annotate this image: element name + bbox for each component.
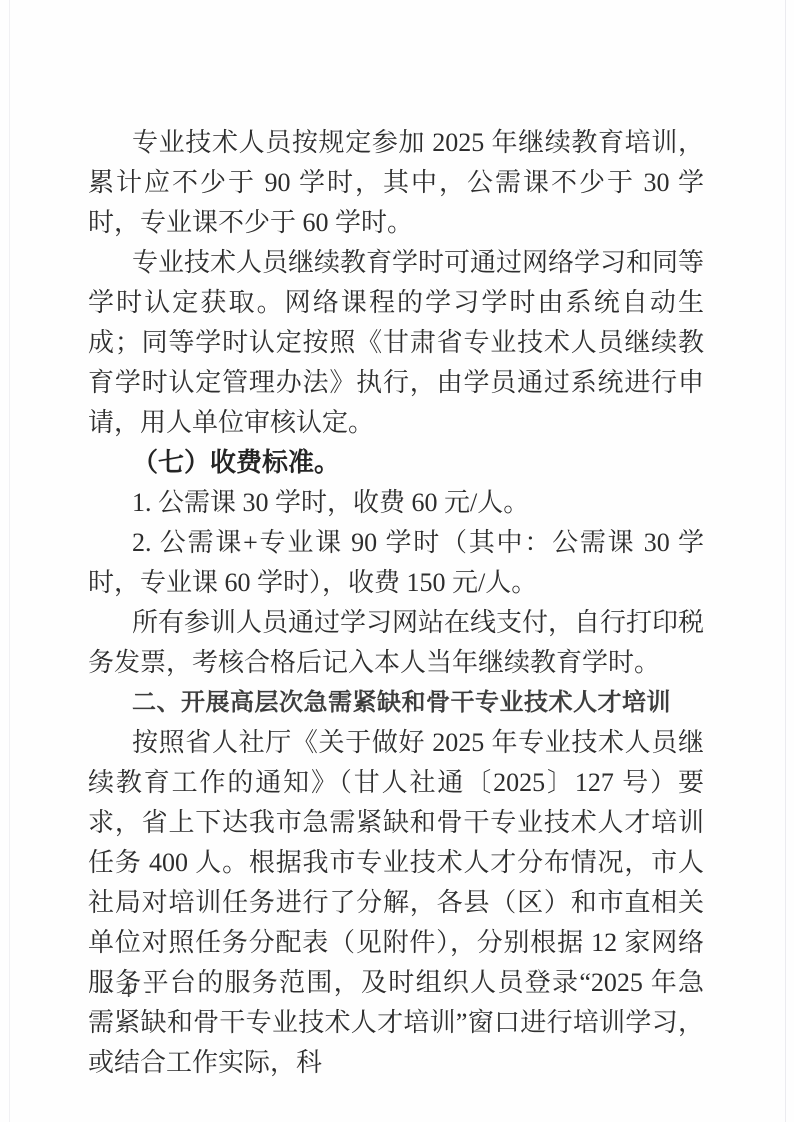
scan-edge-right xyxy=(785,0,786,1122)
section-heading-talent-training: 二、开展高层次急需紧缺和骨干专业技术人才培训 xyxy=(88,683,704,723)
paragraph-credit-recognition: 专业技术人员继续教育学时可通过网络学习和同等学时认定获取。网络课程的学习学时由系… xyxy=(88,243,704,443)
page-number: - 4 - xyxy=(102,980,155,1003)
paragraph-training-task-allocation: 按照省人社厅《关于做好 2025 年专业技术人员继续教育工作的通知》（甘人社通〔… xyxy=(88,723,704,1083)
list-item-fee-combined-course: 2. 公需课+专业课 90 学时（其中：公需课 30 学时，专业课 60 学时）… xyxy=(88,523,704,603)
section-heading-fee-standard: （七）收费标准。 xyxy=(88,443,704,483)
document-body: 专业技术人员按规定参加 2025 年继续教育培训，累计应不少于 90 学时，其中… xyxy=(88,123,704,1083)
scan-edge-left xyxy=(9,0,10,1122)
list-item-fee-public-course: 1. 公需课 30 学时，收费 60 元/人。 xyxy=(88,483,704,523)
paragraph-training-requirement: 专业技术人员按规定参加 2025 年继续教育培训，累计应不少于 90 学时，其中… xyxy=(88,123,704,243)
document-page: 专业技术人员按规定参加 2025 年继续教育培训，累计应不少于 90 学时，其中… xyxy=(0,0,794,1122)
paragraph-payment-invoice: 所有参训人员通过学习网站在线支付，自行打印税务发票，考核合格后记入本人当年继续教… xyxy=(88,603,704,683)
